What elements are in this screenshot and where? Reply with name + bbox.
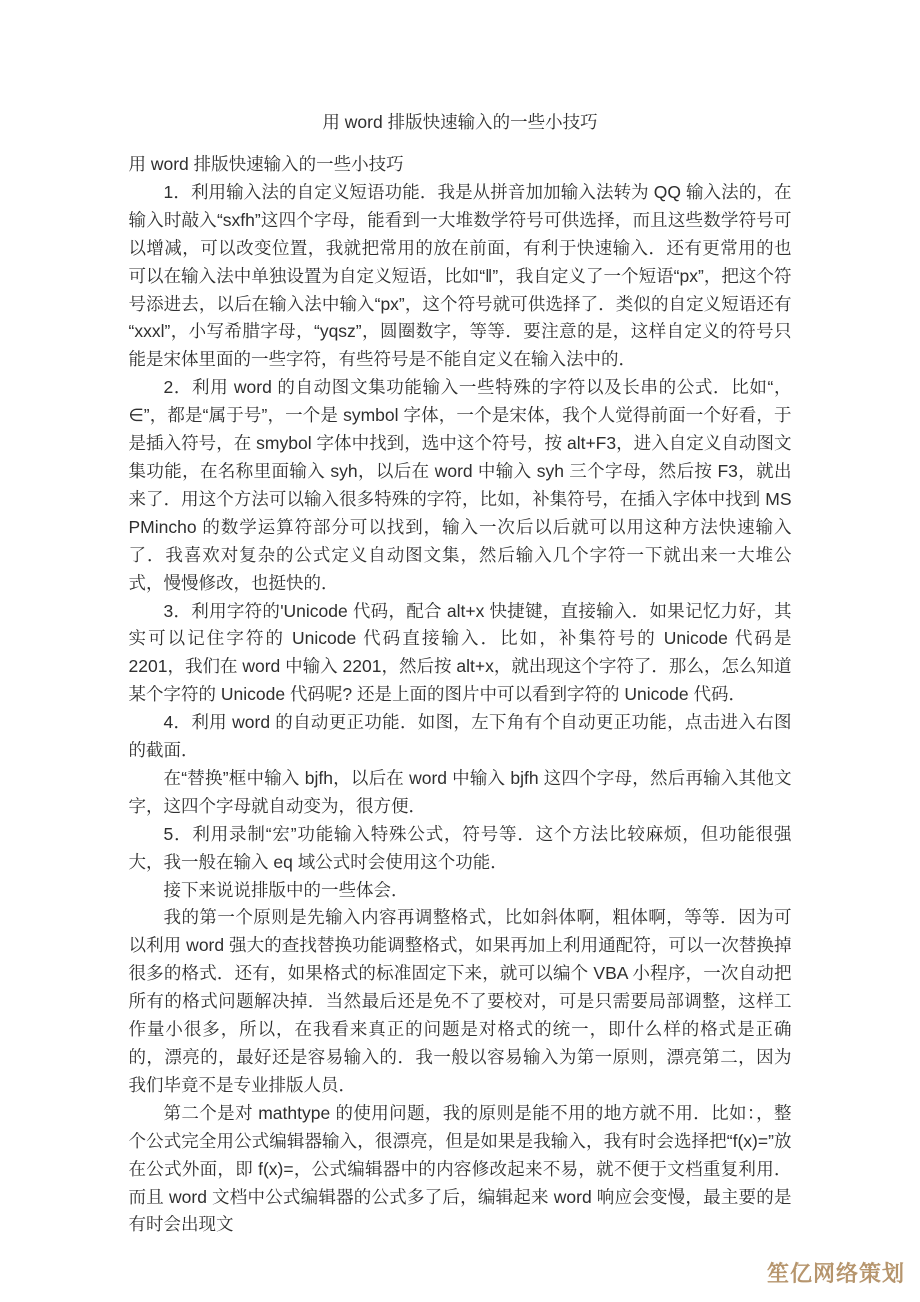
paragraph: 3．利用字符的'Unicode 代码，配合 alt+x 快捷键，直接输入．如果记… xyxy=(129,598,792,710)
paragraph: 2．利用 word 的自动图文集功能输入一些特殊的字符以及长串的公式．比如“，∈… xyxy=(129,374,792,597)
paragraph: 4．利用 word 的自动更正功能．如图，左下角有个自动更正功能，点击进入右图的… xyxy=(129,709,792,765)
paragraph: 1．利用输入法的自定义短语功能．我是从拼音加加输入法转为 QQ 输入法的，在输入… xyxy=(129,179,792,374)
document-body: 用 word 排版快速输入的一些小技巧 1．利用输入法的自定义短语功能．我是从拼… xyxy=(129,151,792,1239)
watermark-text: 笙亿网络策划 xyxy=(767,1257,905,1288)
document-title: 用 word 排版快速输入的一些小技巧 xyxy=(0,0,920,136)
document-page: 用 word 排版快速输入的一些小技巧 用 word 排版快速输入的一些小技巧 … xyxy=(0,0,920,1302)
paragraph: 第二个是对 mathtype 的使用问题，我的原则是能不用的地方就不用．比如：，… xyxy=(129,1100,792,1240)
paragraph: 接下来说说排版中的一些体会． xyxy=(129,877,792,905)
paragraph: 我的第一个原则是先输入内容再调整格式，比如斜体啊，粗体啊，等等．因为可以利用 w… xyxy=(129,904,792,1099)
paragraph: 在“替换”框中输入 bjfh，以后在 word 中输入 bjfh 这四个字母，然… xyxy=(129,765,792,821)
paragraph: 5．利用录制“宏”功能输入特殊公式，符号等．这个方法比较麻烦，但功能很强大，我一… xyxy=(129,821,792,877)
paragraph: 用 word 排版快速输入的一些小技巧 xyxy=(129,151,792,179)
